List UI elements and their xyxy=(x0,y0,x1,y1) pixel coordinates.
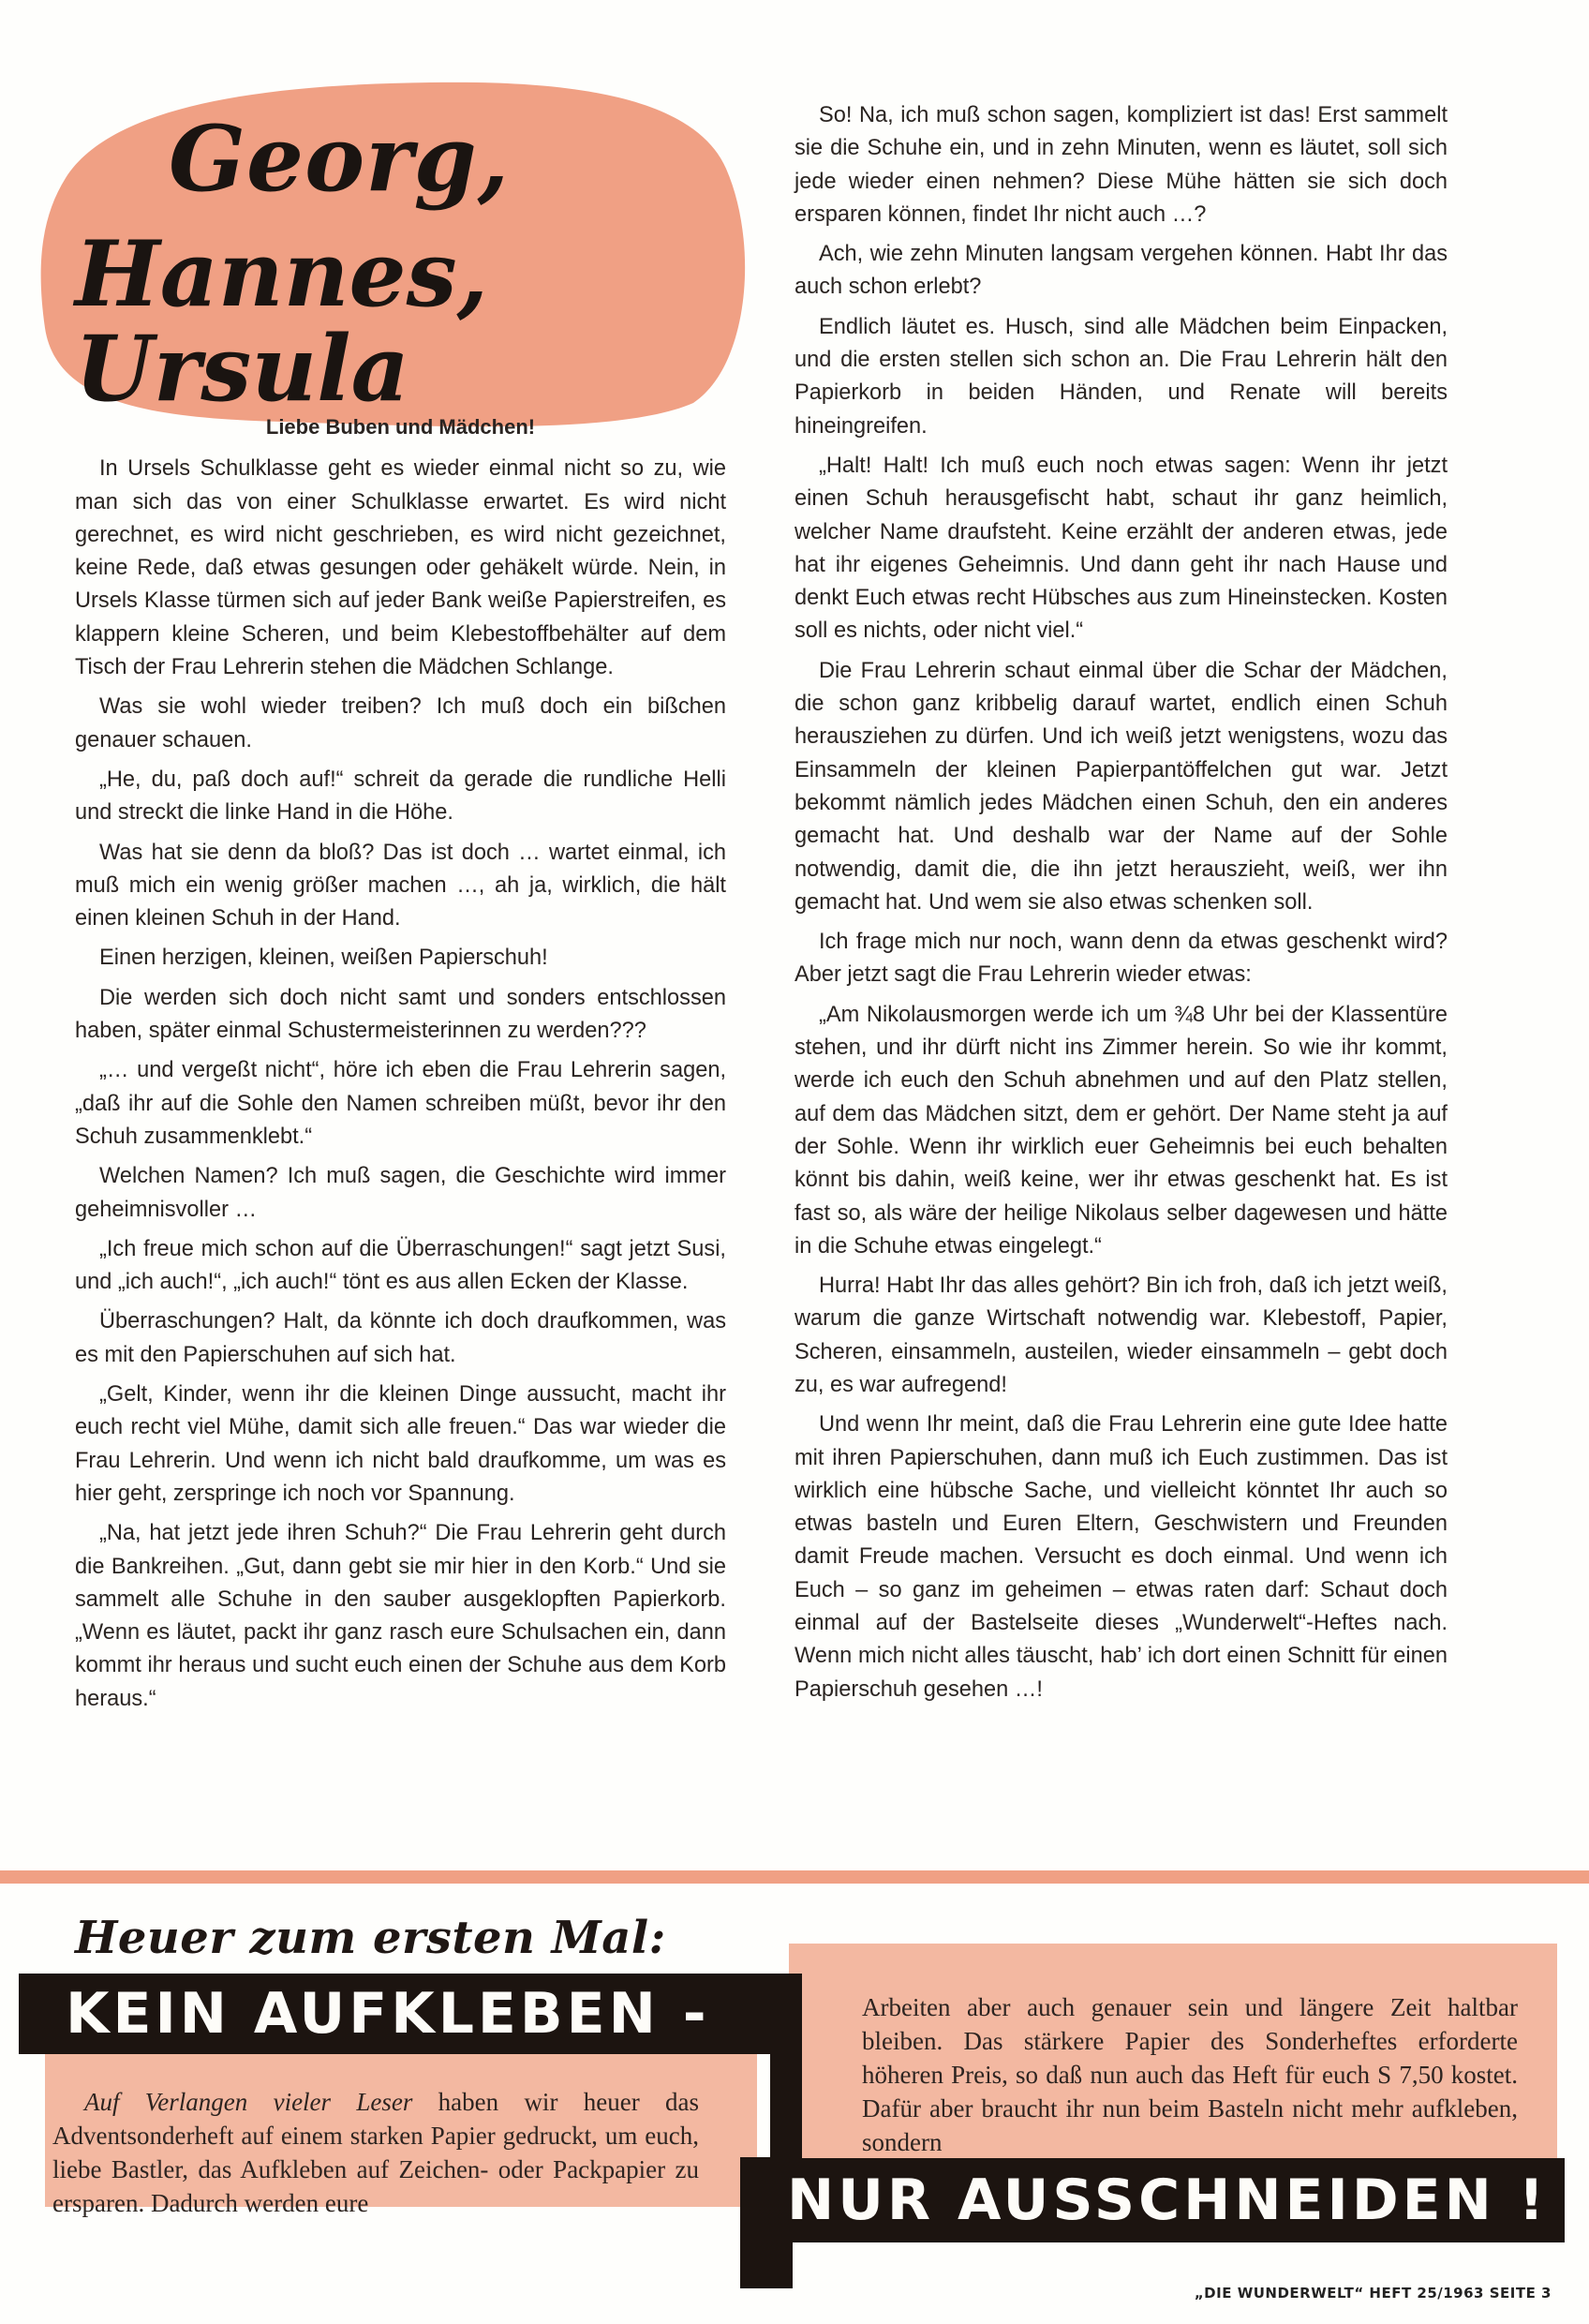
paragraph: Ich frage mich nur noch, wann denn da et… xyxy=(794,926,1448,992)
paragraph: „Halt! Halt! Ich muß euch noch etwas sag… xyxy=(794,450,1448,648)
paragraph: „… und vergeßt nicht“, höre ich eben die… xyxy=(75,1054,726,1154)
paragraph: Hurra! Habt Ihr das alles gehört? Bin ic… xyxy=(794,1270,1448,1402)
paragraph: „Na, hat jetzt jede ihren Schuh?“ Die Fr… xyxy=(75,1517,726,1716)
notice-bar-kein-aufkleben: KEIN AUFKLEBEN - xyxy=(19,1974,789,2054)
notice-text-right: Arbeiten aber auch genauer sein und läng… xyxy=(862,1990,1518,2159)
paragraph: Was sie wohl wieder treiben? Ich muß doc… xyxy=(75,691,726,757)
title-line-1: Georg, xyxy=(169,112,750,207)
title-line-2: Hannes, Ursula xyxy=(75,228,750,417)
article-title: Georg, Hannes, Ursula xyxy=(75,112,750,416)
paragraph: Überraschungen? Halt, da könnte ich doch… xyxy=(75,1305,726,1372)
paragraph: Ach, wie zehn Minuten langsam vergehen k… xyxy=(794,238,1448,305)
paragraph: Die werden sich doch nicht samt und sond… xyxy=(75,982,726,1049)
paragraph: „Ich freue mich schon auf die Überraschu… xyxy=(75,1233,726,1300)
notice-text-left: Auf Verlangen vieler Leser haben wir heu… xyxy=(52,2085,699,2220)
paragraph: Und wenn Ihr meint, daß die Frau Lehreri… xyxy=(794,1408,1448,1706)
paragraph: Einen herzigen, kleinen, weißen Papiersc… xyxy=(75,942,726,975)
notice-text-left-italic: Auf Verlangen vieler Leser xyxy=(84,2088,412,2116)
article-column-left: Liebe Buben und Mädchen! In Ursels Schul… xyxy=(75,410,726,1722)
paragraph: „Gelt, Kinder, wenn ihr die kleinen Ding… xyxy=(75,1378,726,1511)
paragraph: Die Frau Lehrerin schaut einmal über die… xyxy=(794,655,1448,919)
notice-script-headline: Heuer zum ersten Mal: xyxy=(75,1912,666,1964)
salutation: Liebe Buben und Mädchen! xyxy=(75,410,726,443)
paragraph: Endlich läutet es. Husch, sind alle Mädc… xyxy=(794,311,1448,443)
section-divider xyxy=(0,1870,1589,1884)
paragraph: In Ursels Schulklasse geht es wieder ein… xyxy=(75,453,726,684)
notice-bar-nur-ausschneiden: NUR AUSSCHNEIDEN ! xyxy=(740,2158,1565,2242)
paragraph: „He, du, paß doch auf!“ schreit da gerad… xyxy=(75,764,726,830)
page-footer: „DIE WUNDERWELT“ HEFT 25/1963 SEITE 3 xyxy=(1195,2285,1552,2302)
paragraph: Welchen Namen? Ich muß sagen, die Geschi… xyxy=(75,1160,726,1227)
paragraph: Was hat sie denn da bloß? Das ist doch …… xyxy=(75,837,726,936)
article-column-right: So! Na, ich muß schon sagen, kompliziert… xyxy=(794,99,1448,1713)
paragraph: „Am Nikolausmorgen werde ich um ¾8 Uhr b… xyxy=(794,999,1448,1263)
paragraph: So! Na, ich muß schon sagen, kompliziert… xyxy=(794,99,1448,231)
